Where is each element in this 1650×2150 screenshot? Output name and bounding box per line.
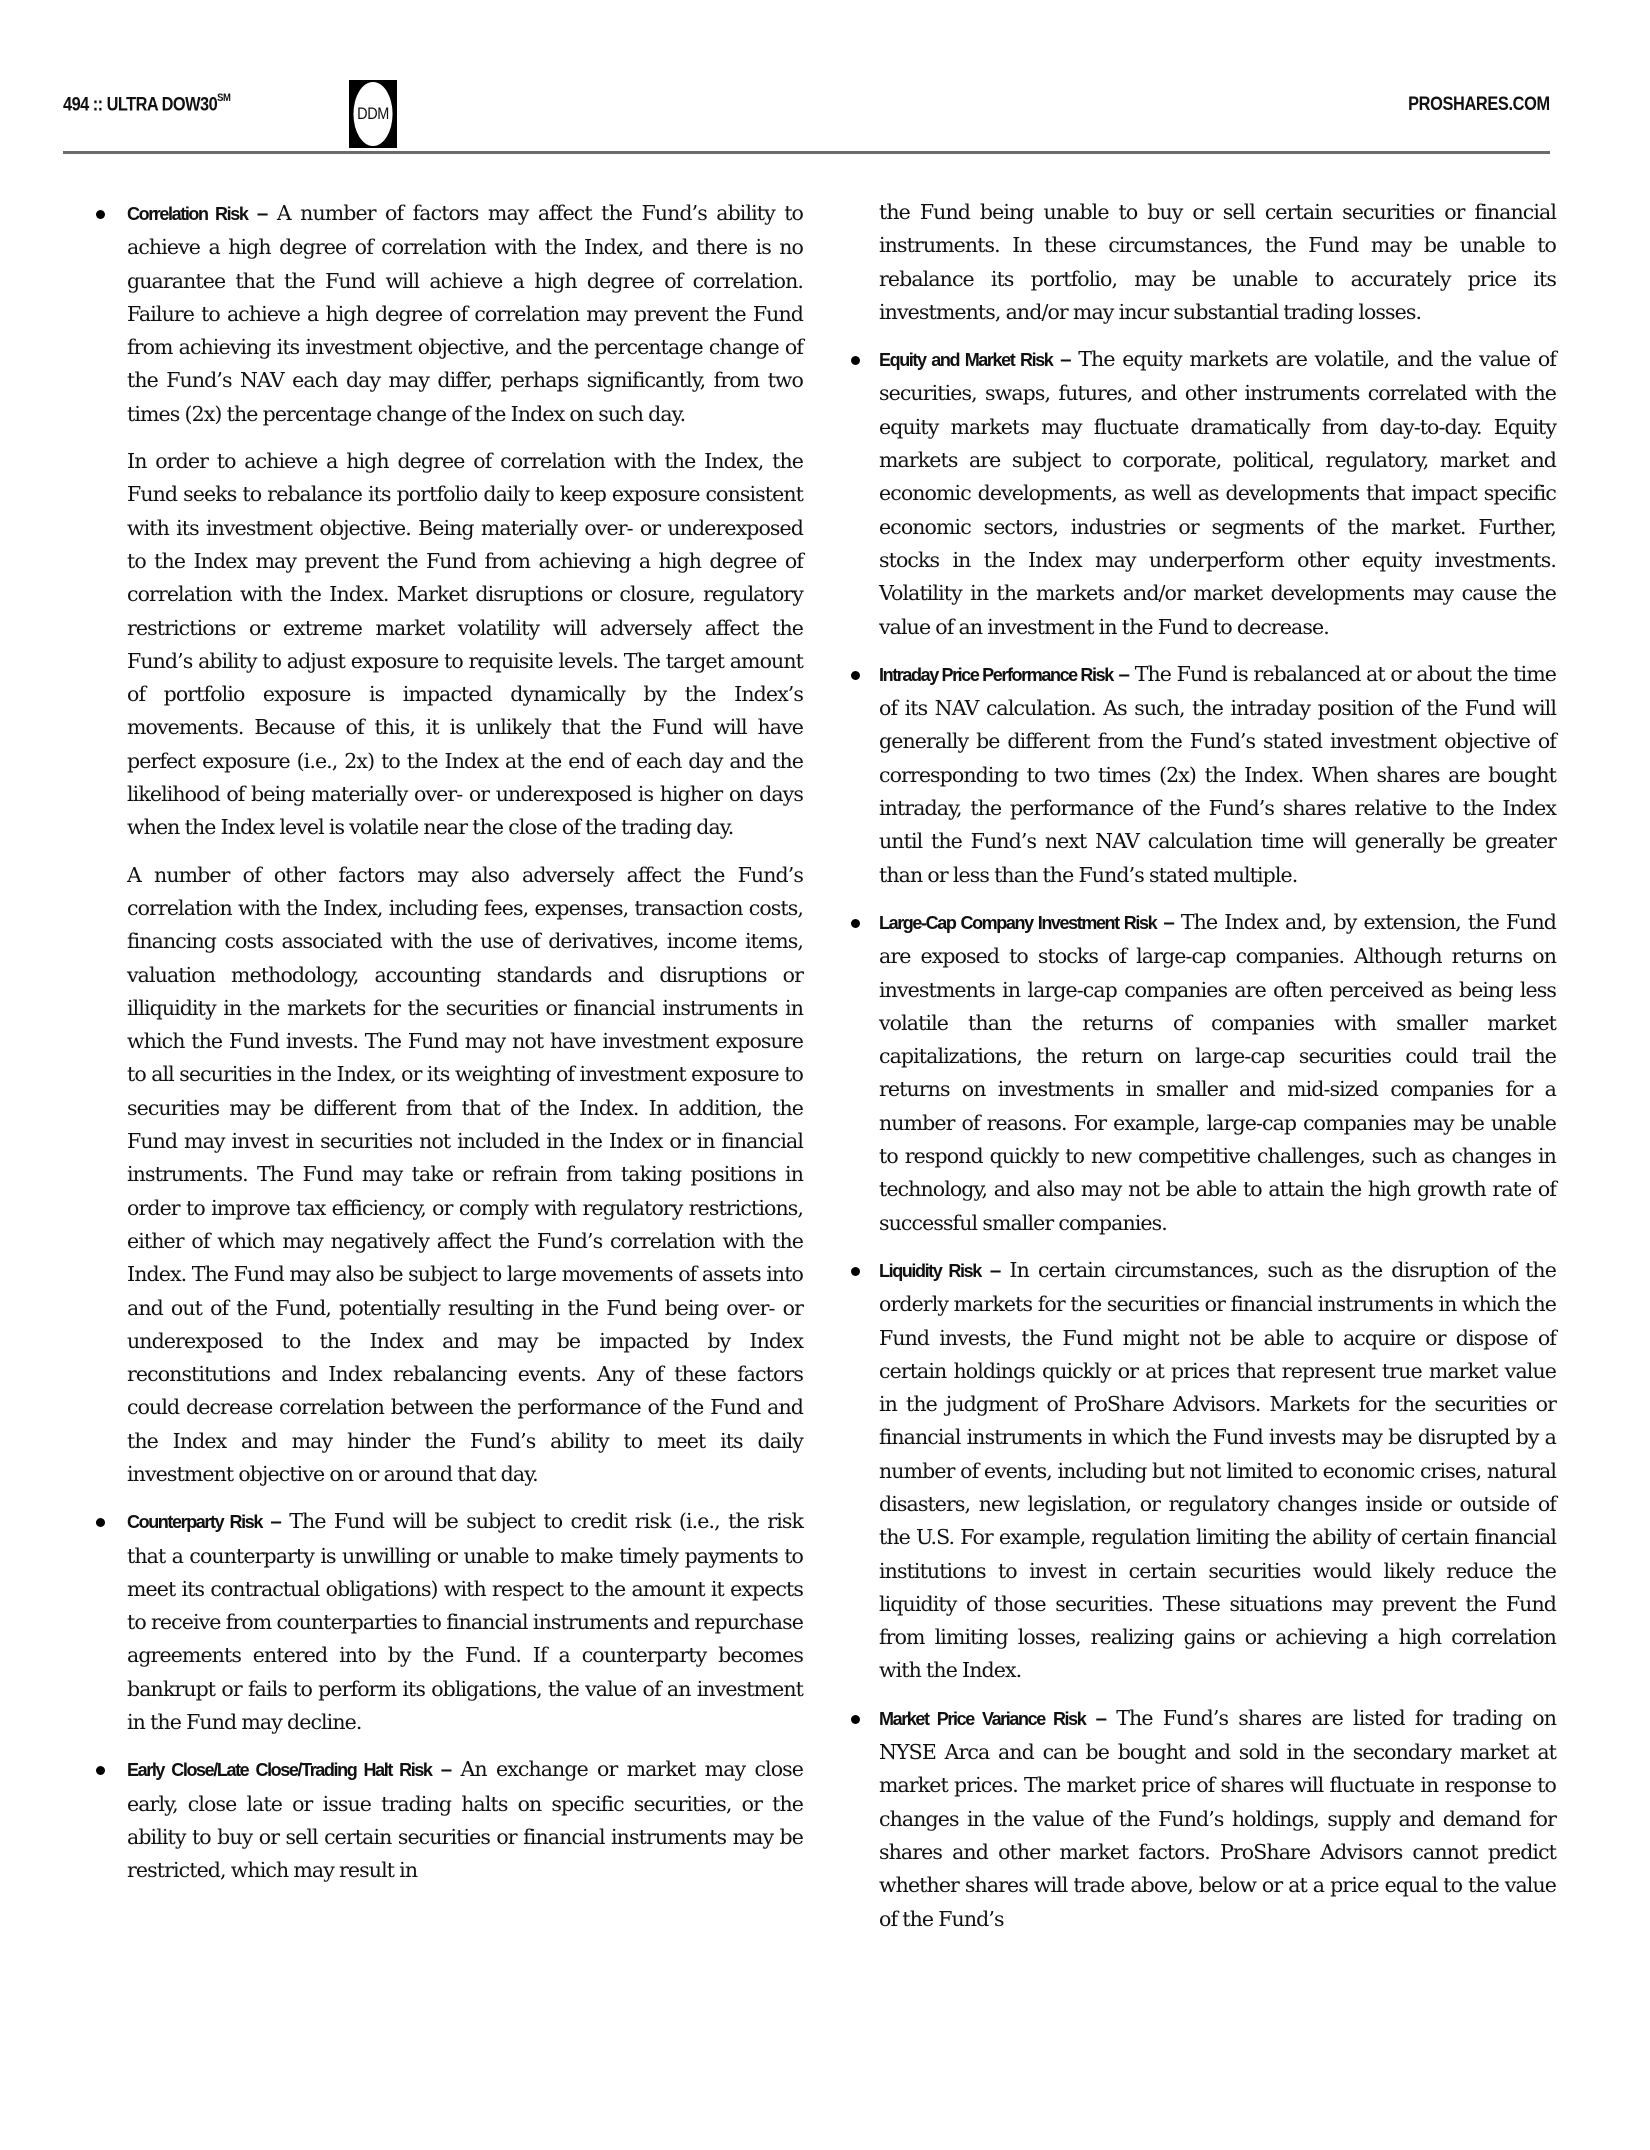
risk-text: The equity markets are volatile, and the… [879,347,1556,638]
risk-item-liquidity: Liquidity Risk – In certain circumstance… [879,1254,1556,1688]
paragraph: In order to achieve a high degree of cor… [127,445,803,845]
risk-text: The Fund is rebalanced at or about the t… [879,662,1556,887]
separator: :: [93,94,103,115]
bullet-icon [851,1715,860,1724]
risk-item-correlation: Correlation Risk – A number of factors m… [127,197,803,431]
risk-text: A number of factors may affect the Fund’… [127,201,803,426]
bullet-icon [96,210,105,219]
risk-item-large-cap: Large-Cap Company Investment Risk – The … [879,906,1556,1240]
risk-item-intraday: Intraday Price Performance Risk – The Fu… [879,658,1556,892]
risk-title: Intraday Price Performance Risk [879,665,1113,685]
risk-text: In certain circumstances, such as the di… [879,1258,1556,1683]
risk-text: The Fund will be subject to credit risk … [127,1509,803,1734]
bullet-icon [96,1518,105,1527]
bullet-icon [851,671,860,680]
risk-title: Large-Cap Company Investment Risk [879,913,1156,933]
risk-title: Liquidity Risk [879,1261,981,1281]
page-number: 494 [63,94,89,115]
risk-item-equity-market: Equity and Market Risk – The equity mark… [879,343,1556,644]
bullet-icon [851,919,860,928]
bullet-icon [851,1267,860,1276]
risk-title: Correlation Risk [127,204,247,224]
risk-text: The Index and, by extension, the Fund ar… [879,910,1556,1235]
risk-title: Counterparty Risk [127,1512,262,1532]
risk-item-counterparty: Counterparty Risk – The Fund will be sub… [127,1505,803,1739]
bullet-icon [851,356,860,365]
risk-title: Early Close/Late Close/Trading Halt Risk [127,1760,432,1780]
running-head: 494 :: ULTRA DOW30SM [63,94,230,116]
ticker-label: DDM [353,82,392,146]
fund-name: ULTRA DOW30 [107,94,218,115]
website-label: PROSHARES.COM [1408,94,1550,116]
paragraph: A number of other factors may also adver… [127,859,803,1492]
risk-title: Equity and Market Risk [879,350,1052,370]
continued-paragraph: the Fund being unable to buy or sell cer… [879,196,1556,329]
bullet-icon [96,1766,105,1775]
risk-text: The Fund’s shares are listed for trading… [879,1706,1556,1931]
page-header: 494 :: ULTRA DOW30SM DDM PROSHARES.COM [63,80,1550,150]
risk-item-early-close: Early Close/Late Close/Trading Halt Risk… [127,1753,803,1887]
risk-title: Market Price Variance Risk [879,1709,1085,1729]
risk-item-market-price-variance: Market Price Variance Risk – The Fund’s … [879,1702,1556,1936]
left-column: Correlation Risk – A number of factors m… [127,197,803,1902]
right-column: the Fund being unable to buy or sell cer… [879,196,1556,1950]
header-divider [63,151,1550,154]
service-mark: SM [217,92,230,104]
ticker-badge: DDM [349,80,397,148]
